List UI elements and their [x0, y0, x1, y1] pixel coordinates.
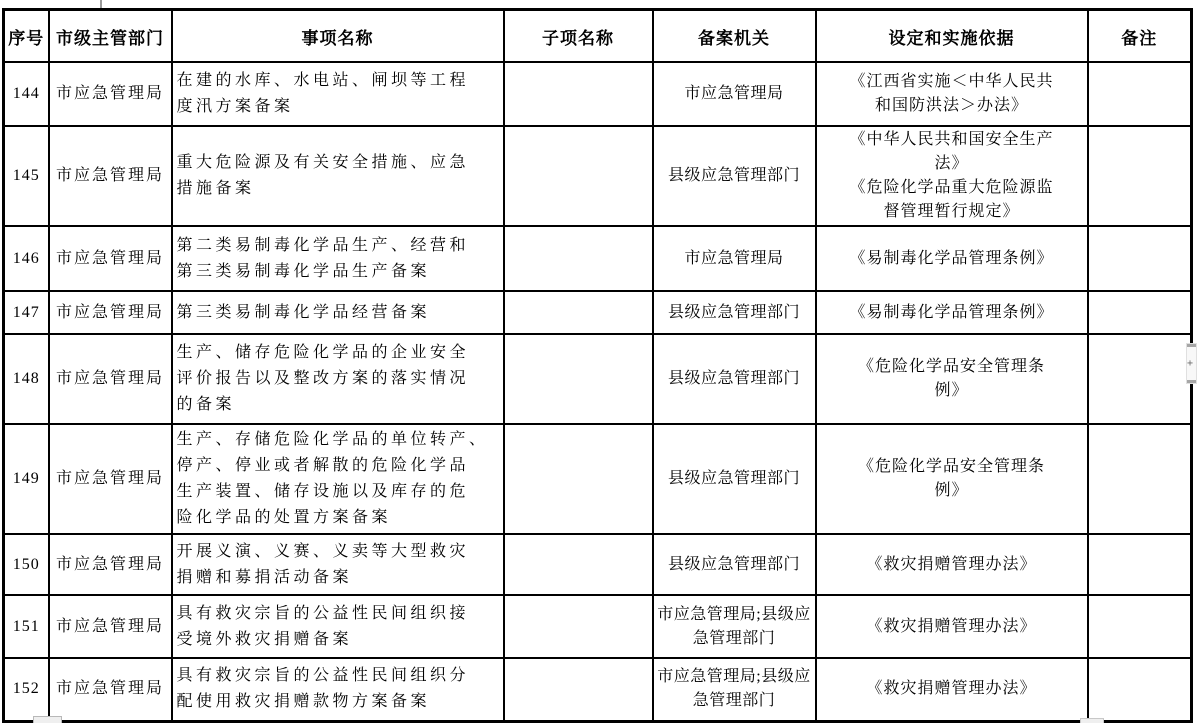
cell-remark: [1088, 424, 1192, 534]
table-row: 147 市应急管理局 第三类易制毒化学品经营备案 县级应急管理部门 《易制毒化学…: [4, 291, 1192, 334]
cell-basis: 《救灾捐赠管理办法》: [816, 534, 1088, 595]
cell-dept: 市应急管理局: [49, 226, 172, 291]
cell-remark: [1088, 291, 1192, 334]
cell-dept: 市应急管理局: [49, 658, 172, 721]
cell-basis: 《江西省实施＜中华人民共 和国防洪法＞办法》: [816, 62, 1088, 126]
col-header-remark: 备注: [1088, 10, 1192, 63]
cell-basis: 《救灾捐赠管理办法》: [816, 595, 1088, 658]
cell-remark: [1088, 126, 1192, 226]
cell-item: 第三类易制毒化学品经营备案: [172, 291, 504, 334]
table-row: 145 市应急管理局 重大危险源及有关安全措施、应急 措施备案 县级应急管理部门…: [4, 126, 1192, 226]
cell-dept: 市应急管理局: [49, 334, 172, 424]
table-row: 146 市应急管理局 第二类易制毒化学品生产、经营和 第三类易制毒化学品生产备案…: [4, 226, 1192, 291]
cell-item: 开展义演、义赛、义卖等大型救灾 捐赠和募捐活动备案: [172, 534, 504, 595]
cell-num: 145: [4, 126, 49, 226]
cell-num: 151: [4, 595, 49, 658]
table-row: 152 市应急管理局 具有救灾宗旨的公益性民间组织分 配使用救灾捐赠款物方案备案…: [4, 658, 1192, 721]
table-row: 151 市应急管理局 具有救灾宗旨的公益性民间组织接 受境外救灾捐赠备案 市应急…: [4, 595, 1192, 658]
table-row: 144 市应急管理局 在建的水库、水电站、闸坝等工程 度汛方案备案 市应急管理局…: [4, 62, 1192, 126]
cell-item: 生产、储存危险化学品的企业安全 评价报告以及整改方案的落实情况 的备案: [172, 334, 504, 424]
cell-dept: 市应急管理局: [49, 595, 172, 658]
plus-icon: +: [1187, 359, 1193, 369]
cell-remark: [1088, 334, 1192, 424]
cell-item: 在建的水库、水电站、闸坝等工程 度汛方案备案: [172, 62, 504, 126]
cell-num: 150: [4, 534, 49, 595]
cell-num: 144: [4, 62, 49, 126]
table-row: 149 市应急管理局 生产、存储危险化学品的单位转产、 停产、停业或者解散的危险…: [4, 424, 1192, 534]
col-header-subitem: 子项名称: [504, 10, 653, 63]
scrollbar-cap-bottom-icon: [1187, 380, 1196, 383]
col-header-item: 事项名称: [172, 10, 504, 63]
cell-basis: 《危险化学品安全管理条 例》: [816, 424, 1088, 534]
cell-subitem: [504, 334, 653, 424]
cell-remark: [1088, 226, 1192, 291]
cell-subitem: [504, 226, 653, 291]
cell-basis: 《易制毒化学品管理条例》: [816, 226, 1088, 291]
cell-num: 147: [4, 291, 49, 334]
cell-authority: 县级应急管理部门: [653, 424, 816, 534]
cell-subitem: [504, 126, 653, 226]
col-header-num: 序号: [4, 10, 49, 63]
cell-authority: 县级应急管理部门: [653, 291, 816, 334]
header-row: 序号 市级主管部门 事项名称 子项名称 备案机关 设定和实施依据 备注: [4, 10, 1192, 63]
cell-num: 148: [4, 334, 49, 424]
cell-subitem: [504, 424, 653, 534]
cell-subitem: [504, 62, 653, 126]
page-edge-artifact: [33, 716, 62, 723]
cell-dept: 市应急管理局: [49, 62, 172, 126]
cell-remark: [1088, 534, 1192, 595]
cell-num: 146: [4, 226, 49, 291]
cell-dept: 市应急管理局: [49, 126, 172, 226]
cell-dept: 市应急管理局: [49, 424, 172, 534]
cell-remark: [1088, 595, 1192, 658]
cell-authority: 市应急管理局;县级应 急管理部门: [653, 658, 816, 721]
scrollbar-cap-top-icon: [1187, 344, 1196, 347]
cell-item: 具有救灾宗旨的公益性民间组织分 配使用救灾捐赠款物方案备案: [172, 658, 504, 721]
cell-num: 152: [4, 658, 49, 721]
cell-remark: [1088, 658, 1192, 721]
col-header-authority: 备案机关: [653, 10, 816, 63]
cell-item: 具有救灾宗旨的公益性民间组织接 受境外救灾捐赠备案: [172, 595, 504, 658]
cell-dept: 市应急管理局: [49, 291, 172, 334]
cell-item: 重大危险源及有关安全措施、应急 措施备案: [172, 126, 504, 226]
cell-basis: 《危险化学品安全管理条 例》: [816, 334, 1088, 424]
cell-basis: 《救灾捐赠管理办法》: [816, 658, 1088, 721]
cell-dept: 市应急管理局: [49, 534, 172, 595]
scrollbar[interactable]: +: [1186, 343, 1197, 384]
cell-num: 149: [4, 424, 49, 534]
page-edge-artifact: [1080, 718, 1104, 723]
cell-item: 第二类易制毒化学品生产、经营和 第三类易制毒化学品生产备案: [172, 226, 504, 291]
cell-authority: 县级应急管理部门: [653, 126, 816, 226]
col-header-dept: 市级主管部门: [49, 10, 172, 63]
filing-items-table: 序号 市级主管部门 事项名称 子项名称 备案机关 设定和实施依据 备注 144 …: [2, 8, 1193, 723]
cell-subitem: [504, 658, 653, 721]
cell-basis: 《中华人民共和国安全生产 法》 《危险化学品重大危险源监 督管理暂行规定》: [816, 126, 1088, 226]
cell-authority: 市应急管理局;县级应 急管理部门: [653, 595, 816, 658]
cell-authority: 县级应急管理部门: [653, 334, 816, 424]
cell-authority: 市应急管理局: [653, 226, 816, 291]
text-caret-artifact: [100, 0, 102, 8]
col-header-basis: 设定和实施依据: [816, 10, 1088, 63]
cell-basis: 《易制毒化学品管理条例》: [816, 291, 1088, 334]
cell-subitem: [504, 534, 653, 595]
cell-authority: 市应急管理局: [653, 62, 816, 126]
cell-subitem: [504, 291, 653, 334]
cell-subitem: [504, 595, 653, 658]
cell-authority: 县级应急管理部门: [653, 534, 816, 595]
table-row: 150 市应急管理局 开展义演、义赛、义卖等大型救灾 捐赠和募捐活动备案 县级应…: [4, 534, 1192, 595]
cell-remark: [1088, 62, 1192, 126]
cell-item: 生产、存储危险化学品的单位转产、 停产、停业或者解散的危险化学品 生产装置、储存…: [172, 424, 504, 534]
table-row: 148 市应急管理局 生产、储存危险化学品的企业安全 评价报告以及整改方案的落实…: [4, 334, 1192, 424]
